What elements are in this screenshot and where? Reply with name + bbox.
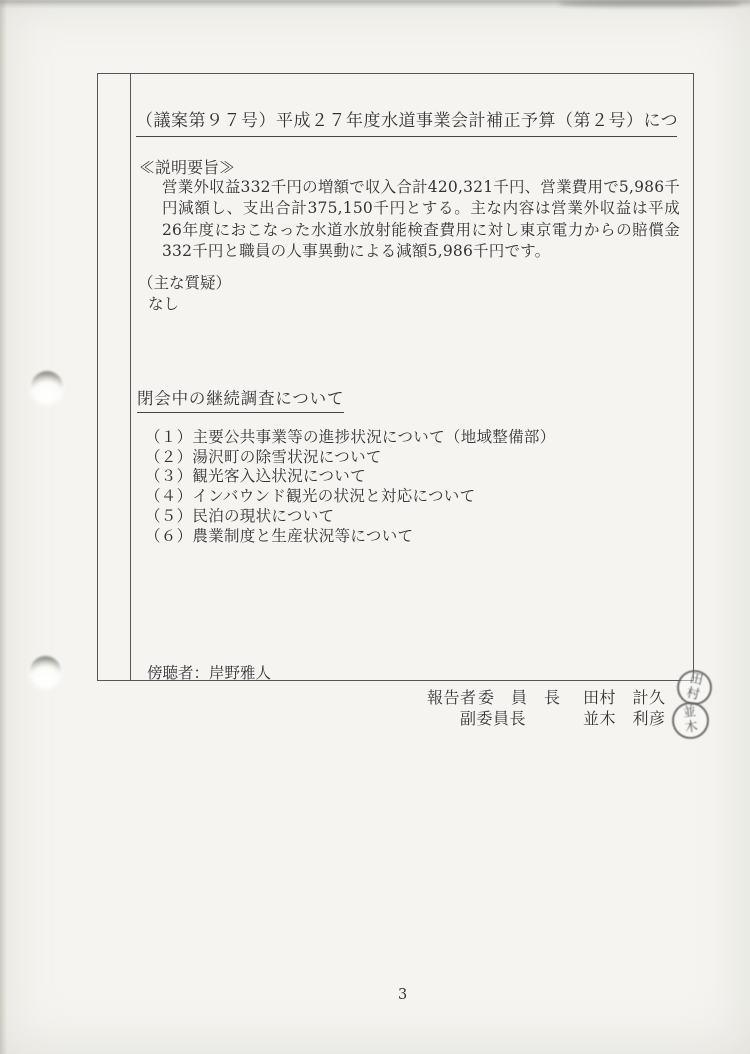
summary-paragraph: 営業外収益332千円の増額で収入合計420,321千円、営業費用で5,986千円… <box>162 177 680 263</box>
scanned-document-page: （議案第９７号）平成２７年度水道事業会計補正予算（第２号）について ≪説明要旨≫… <box>0 0 750 1054</box>
punch-hole-bottom <box>30 656 61 687</box>
chair-name: 田村 計久 <box>583 685 666 708</box>
vice-chair-seal-text: 並木 <box>682 706 698 735</box>
survey-item-5: （５）民泊の現状について <box>145 507 556 527</box>
agenda-title: （議案第９７号）平成２７年度水道事業会計補正予算（第２号）について <box>136 106 677 137</box>
punch-hole-top <box>31 371 63 403</box>
survey-item-1: （１）主要公共事業等の進捗状況について（地域整備部） <box>145 428 556 448</box>
observer-line: 傍聴者：岸野雅人 <box>147 661 271 683</box>
chair-role: 委 員 長 <box>478 685 561 708</box>
survey-item-2: （２）湯沢町の除雪状況について <box>145 448 556 468</box>
frame-margin-divider <box>130 74 131 680</box>
chair-seal-text: 田村 <box>685 672 704 702</box>
vice-chair-role: 副委員長 <box>460 706 526 729</box>
scan-edge-left <box>0 0 7 1054</box>
reporter-label: 報告者 <box>427 685 477 708</box>
continued-survey-heading: 閉会中の継続調査について <box>137 385 344 413</box>
page-number: 3 <box>398 987 407 1003</box>
vice-chair-name: 並木 利彦 <box>583 706 666 729</box>
continued-survey-list: （１）主要公共事業等の進捗状況について（地域整備部） （２）湯沢町の除雪状況につ… <box>145 428 556 546</box>
survey-item-6: （６）農業制度と生産状況等について <box>145 527 556 547</box>
summary-heading: ≪説明要旨≫ <box>139 155 235 178</box>
survey-item-4: （４）インバウンド観光の状況と対応について <box>145 487 556 507</box>
questions-answer: なし <box>148 292 179 314</box>
scan-smudge <box>560 0 740 7</box>
survey-item-3: （３）観光客入込状況について <box>145 467 556 487</box>
questions-heading: （主な質疑） <box>138 271 231 293</box>
vice-chair-hanko-seal: 並木 <box>670 700 711 741</box>
